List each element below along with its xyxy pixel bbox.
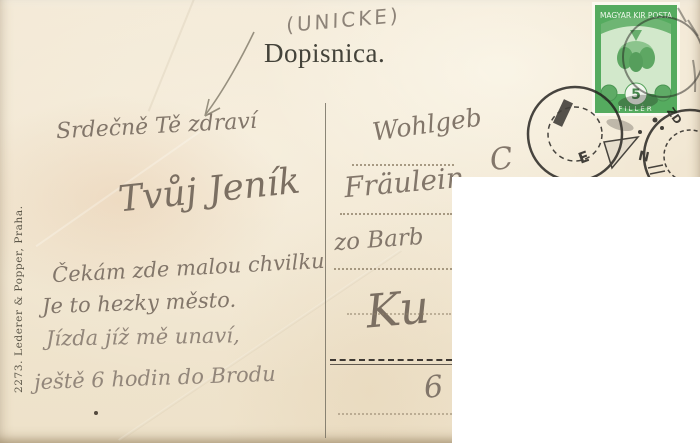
postcard-scan: 2273. Lederer & Popper, Praha. (UNICKE) … (0, 0, 700, 443)
card-title: Dopisnica. (264, 38, 385, 69)
message-signature: Tvůj Jeník (116, 161, 302, 221)
message-line: Srdečně Tě zdraví (55, 109, 257, 144)
address-fragment: 6 (422, 369, 445, 406)
address-rule (340, 213, 452, 215)
address-rule (338, 413, 452, 415)
privacy-overlay (452, 177, 700, 443)
address-rule (352, 164, 454, 166)
address-fragment: C (488, 141, 516, 179)
address-rule-heavy (330, 359, 452, 365)
message-line: Je to hezky město. (42, 288, 237, 319)
pencil-annotation: (UNICKE) (286, 3, 401, 37)
address-rule (347, 313, 451, 315)
publisher-imprint: 2273. Lederer & Popper, Praha. (13, 151, 25, 393)
address-rule (334, 268, 452, 270)
message-line: ještě 6 hodin do Brodu (34, 362, 276, 394)
address-line: zo Barb (333, 224, 424, 256)
stamp-country-text: MAGYAR KIR POSTA (600, 11, 673, 20)
address-line: Fräulein (343, 161, 465, 204)
pencil-dot (94, 411, 98, 415)
address-line: Wohlgeb (371, 102, 484, 146)
message-line: Čekám zde malou chvilku (52, 249, 326, 287)
message-line: Jízda jíž mě unaví, (46, 323, 240, 350)
postmark-letter: N (637, 149, 651, 166)
address-line: Ku (364, 279, 431, 338)
